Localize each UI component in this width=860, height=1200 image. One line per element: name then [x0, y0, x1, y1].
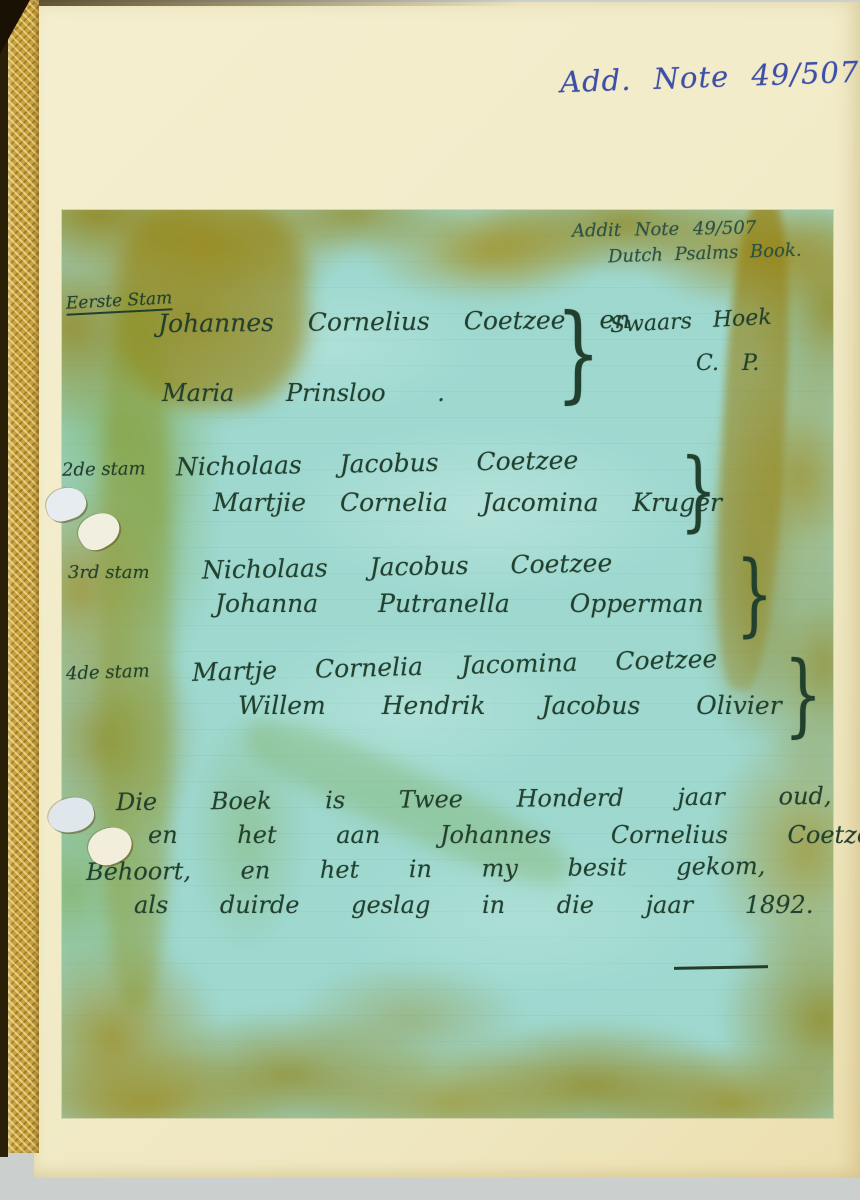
entry-1-names-line-2: Maria Prinsloo .: [162, 380, 445, 406]
entry-3-names-line-2: Johanna Putranella Opperman: [215, 590, 704, 618]
photographed-document: Add. Note 49/507 Addit Note 49/507 Dutch…: [0, 0, 860, 1200]
generation-label-2: 2de stam: [62, 459, 146, 480]
binding-strip: [7, 0, 39, 1153]
brace-icon: }: [680, 444, 717, 540]
brace-icon: }: [784, 646, 822, 745]
top-edge-shadow: [0, 0, 520, 6]
generation-label-4: 4de stam: [66, 662, 150, 685]
paragraph-line-2: en het aan Johannes Cornelius Coetzee,: [148, 822, 860, 848]
brace-icon: }: [736, 546, 773, 645]
paragraph-line-3: Behoort, en het in my besit gekom,: [86, 853, 765, 885]
brace-icon: }: [556, 296, 601, 412]
paragraph-line-4: als duirde geslag in die jaar 1892.: [134, 892, 813, 918]
paragraph-line-1: Die Boek is Twee Honderd jaar oud,: [116, 783, 832, 816]
note-header-reference: Addit Note 49/507: [572, 218, 757, 241]
generation-label-3: 3rd stam: [68, 563, 150, 583]
entry-2-names-line-2: Martjie Cornelia Jacomina Kruger: [213, 489, 722, 517]
entry-1-location-line-2: C. P.: [696, 352, 759, 376]
binding-dark-edge: [0, 0, 8, 1157]
entry-4-names-line-2: Willem Hendrik Jacobus Olivier: [238, 692, 782, 720]
